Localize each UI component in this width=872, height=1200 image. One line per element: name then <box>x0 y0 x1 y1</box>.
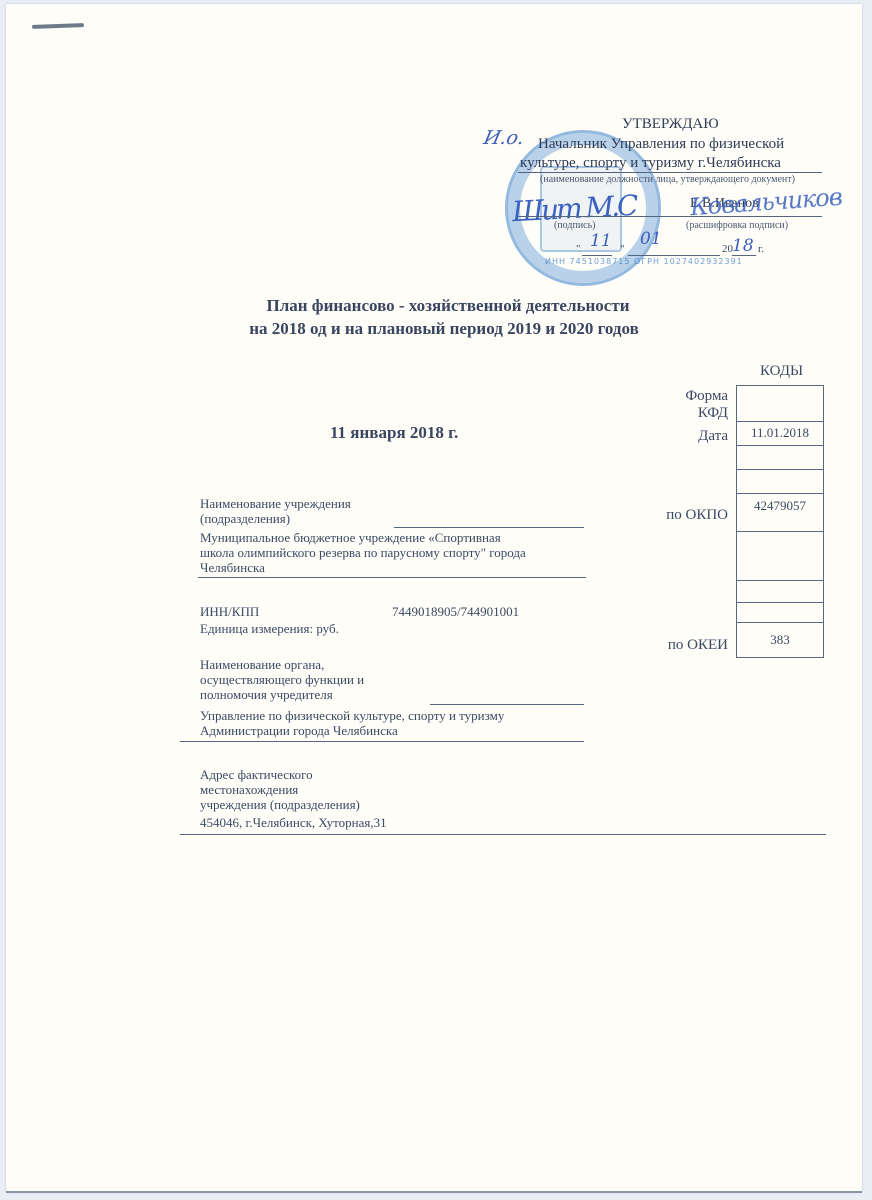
unit-label: Единица измерения: руб. <box>200 621 339 636</box>
institution-name-label-line2: (подразделения) <box>200 511 351 526</box>
institution-name-line2: школа олимпийского резерва по парусному … <box>200 545 526 560</box>
approval-date-day: 11 <box>590 231 612 251</box>
approver-position-line1: Начальник Управления по физической <box>538 136 784 153</box>
institution-name-bottom-line <box>198 577 586 578</box>
codes-divider <box>737 531 823 532</box>
address-label-line1: Адрес фактического <box>200 767 360 782</box>
codes-table: 11.01.2018 42479057 383 <box>736 385 824 658</box>
founder-label: Наименование органа, осуществляющего фун… <box>200 657 364 702</box>
institution-name-value: Муниципальное бюджетное учреждение «Спор… <box>200 530 526 575</box>
approval-date-month: 01 <box>640 229 662 249</box>
stamp-text: ИНН 7451038715 ОГРН 1027402932391 <box>545 257 743 266</box>
founder-label-line2: осуществляющего функции и <box>200 672 364 687</box>
inn-kpp-label: ИНН/КПП <box>200 604 259 619</box>
document-title-line1: План финансово - хозяйственной деятельно… <box>12 296 872 316</box>
codes-header: КОДЫ <box>760 363 803 380</box>
code-date-value: 11.01.2018 <box>737 425 823 441</box>
codes-label-form: Форма <box>640 388 728 405</box>
code-okpo-value: 42479057 <box>737 498 823 514</box>
document-date: 11 января 2018 г. <box>330 423 458 443</box>
institution-name-label-line1: Наименование учреждения <box>200 496 351 511</box>
signature-underline <box>518 216 822 217</box>
institution-name-label: Наименование учреждения (подразделения) <box>200 496 351 526</box>
founder-value-line2: Администрации города Челябинска <box>200 723 504 738</box>
codes-label-kfd: КФД <box>640 405 728 422</box>
address-label-line2: местонахождения <box>200 782 360 797</box>
codes-divider <box>737 493 823 494</box>
page-edge <box>6 1191 862 1193</box>
address-label: Адрес фактического местонахождения учреж… <box>200 767 360 812</box>
institution-name-underline <box>394 527 584 528</box>
approval-date-year-unit: г. <box>758 243 764 255</box>
founder-underline <box>430 704 584 705</box>
position-hint: (наименование должности лица, утверждающ… <box>540 174 795 186</box>
approval-heading: УТВЕРЖДАЮ <box>622 116 719 133</box>
founder-value-line1: Управление по физической культуре, спорт… <box>200 708 504 723</box>
codes-divider <box>737 602 823 603</box>
signature-hint: (подпись) <box>554 220 596 231</box>
handwritten-acting-prefix: И.о. <box>482 127 527 149</box>
founder-bottom-line <box>180 741 584 742</box>
institution-name-line3: Челябинска <box>200 560 526 575</box>
codes-label-okpo: по ОКПО <box>620 507 728 524</box>
institution-name-line1: Муниципальное бюджетное учреждение «Спор… <box>200 530 526 545</box>
address-label-line3: учреждения (подразделения) <box>200 797 360 812</box>
codes-divider <box>737 421 823 422</box>
codes-label-date: Дата <box>640 428 728 445</box>
address-bottom-line <box>180 834 826 835</box>
date-month-underline <box>628 255 720 256</box>
code-okei-value: 383 <box>737 632 823 648</box>
codes-divider <box>737 445 823 446</box>
name-hint: (расшифровка подписи) <box>686 220 788 231</box>
date-year-underline <box>732 255 756 256</box>
codes-divider <box>737 580 823 581</box>
date-day-underline <box>582 255 612 256</box>
date-quote-close: " <box>620 243 625 255</box>
founder-label-line1: Наименование органа, <box>200 657 364 672</box>
approval-date-year-suffix: 18 <box>732 236 754 256</box>
codes-divider <box>737 469 823 470</box>
approver-position-line2: культуре, спорту и туризму г.Челябинска <box>520 155 781 172</box>
codes-label-okei: по ОКЕИ <box>620 637 728 654</box>
founder-label-line3: полномочия учредителя <box>200 687 364 702</box>
document-title-line2: на 2018 од и на плановый период 2019 и 2… <box>8 319 872 339</box>
position-underline <box>518 172 822 173</box>
date-quote-open: " <box>576 243 581 255</box>
founder-value: Управление по физической культуре, спорт… <box>200 708 504 738</box>
address-value: 454046, г.Челябинск, Хуторная,31 <box>200 815 387 830</box>
inn-kpp-value: 7449018905/744901001 <box>392 604 519 619</box>
codes-divider <box>737 622 823 623</box>
